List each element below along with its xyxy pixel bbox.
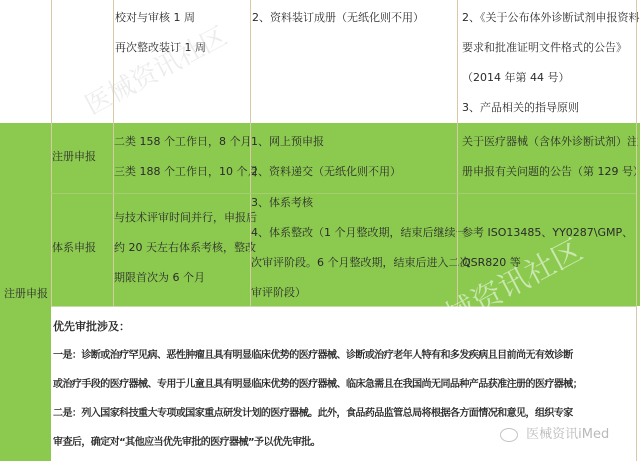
brand-logo: 医械资讯iMed xyxy=(500,423,609,442)
top-reference-line-3: （2014 年第 44 号） xyxy=(462,71,569,84)
priority-line-1: 一是：诊断或治疗罕见病、恶性肿瘤且具有明显临床优势的医疗器械、诊断或治疗老年人特… xyxy=(53,349,573,362)
registration-section xyxy=(0,123,640,306)
divider xyxy=(51,306,636,307)
registration-steps-line-2: 2、资料递交（无纸化则不用） xyxy=(251,165,401,178)
system-timeline-line-3: 期限首次为 6 个月 xyxy=(114,271,205,284)
priority-line-3: 二是：列入国家科技重大专项或国家重点研发计划的医疗器械。此外，食品药品监管总局将… xyxy=(53,407,573,420)
system-steps-line-4: 审评阶段） xyxy=(251,286,306,299)
system-steps-line-3: 次审评阶段。6 个月整改期，结束后进入二次 xyxy=(251,256,471,269)
registration-row-label: 注册申报 xyxy=(52,150,96,163)
system-row-label: 体系申报 xyxy=(52,241,96,254)
priority-line-4: 审查后，确定对“其他应当优先审批的医疗器械”予以优先审批。 xyxy=(53,436,320,449)
top-timeline-line-1: 校对与审核 1 周 xyxy=(115,11,195,24)
system-timeline-line-1: 与技术评审时间并行，申报后 xyxy=(114,211,257,224)
system-reference-line-1: 参考 ISO13485、YY0287\GMP、 xyxy=(462,226,633,239)
section-label-cell xyxy=(0,306,51,461)
top-reference-line-4: 3、产品相关的指导原则 xyxy=(462,101,579,114)
brand-logo-text: 医械资讯iMed xyxy=(526,427,609,442)
system-steps-line-2: 4、体系整改（1 个月整改期，结束后继续一 xyxy=(251,226,467,239)
divider xyxy=(457,0,458,306)
system-timeline-line-2: 约 20 天左右体系考核，整改 xyxy=(114,241,256,254)
registration-reference-line-1: 关于医疗器械（含体外诊断试剂）注 xyxy=(462,135,638,148)
divider xyxy=(250,0,251,306)
divider xyxy=(113,0,114,306)
top-steps-line-1: 2、资料装订成册（无纸化则不用） xyxy=(252,11,424,24)
registration-steps-line-1: 1、网上预申报 xyxy=(251,135,324,148)
priority-heading: 优先审批涉及： xyxy=(53,320,130,333)
system-steps-line-1: 3、体系考核 xyxy=(251,196,313,209)
divider xyxy=(51,193,636,194)
wechat-icon xyxy=(500,428,518,442)
registration-timeline-line-1: 二类 158 个工作日，8 个月 xyxy=(114,135,251,148)
divider xyxy=(51,0,52,306)
registration-timeline-line-2: 三类 188 个工作日，10 个月 xyxy=(114,165,258,178)
system-reference-line-2: QSR820 等 xyxy=(462,256,521,269)
top-reference-line-1: 2、《关于公布体外诊断试剂申报资料 xyxy=(462,11,640,24)
section-label: 注册申报 xyxy=(4,287,48,300)
top-timeline-line-2: 再次整改装订 1 周 xyxy=(115,41,206,54)
top-reference-line-2: 要求和批准证明文件格式的公告》 xyxy=(462,41,627,54)
registration-reference-line-2: 册申报有关问题的公告（第 129 号） xyxy=(462,165,640,178)
divider xyxy=(636,0,637,461)
priority-line-2: 或治疗手段的医疗器械、专用于儿童且具有明显临床优势的医疗器械、临床急需且在我国尚… xyxy=(53,378,582,391)
